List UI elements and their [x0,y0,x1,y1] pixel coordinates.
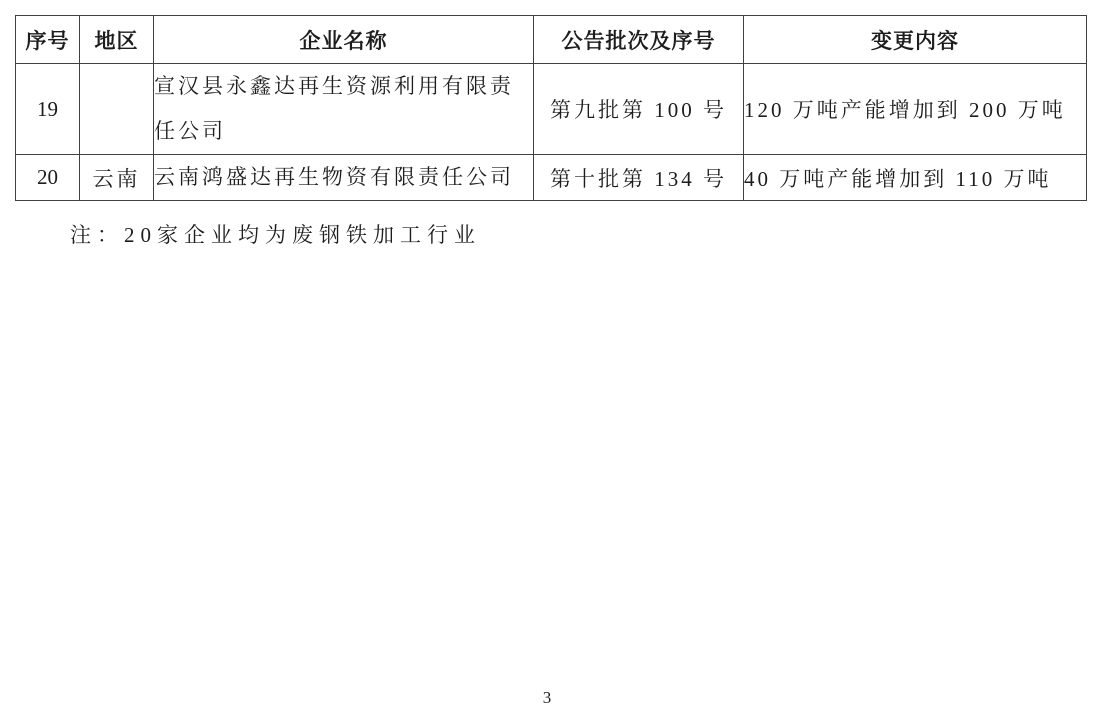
company-cell: 云南鸿盛达再生物资有限责任公司 [154,155,534,201]
change-cell: 40 万吨产能增加到 110 万吨 [744,155,1087,201]
table-row: 19 宣汉县永鑫达再生资源利用有限责任公司 第九批第 100 号 120 万吨产… [16,64,1087,155]
region-cell [80,64,154,155]
batch-cell: 第十批第 134 号 [534,155,744,201]
table-row: 20 云南 云南鸿盛达再生物资有限责任公司 第十批第 134 号 40 万吨产能… [16,155,1087,201]
seq-cell: 19 [16,64,80,155]
column-header-change: 变更内容 [744,16,1087,64]
seq-cell: 20 [16,155,80,201]
company-change-table: 序号 地区 企业名称 公告批次及序号 变更内容 19 宣汉县永鑫达再生资源利用有… [15,15,1087,201]
change-cell: 120 万吨产能增加到 200 万吨 [744,64,1087,155]
column-header-batch: 公告批次及序号 [534,16,744,64]
company-cell: 宣汉县永鑫达再生资源利用有限责任公司 [154,64,534,155]
column-header-company: 企业名称 [154,16,534,64]
table-header-row: 序号 地区 企业名称 公告批次及序号 变更内容 [16,16,1087,64]
table-note: 注：20家企业均为废钢铁加工行业 [70,219,481,249]
region-cell: 云南 [80,155,154,201]
column-header-region: 地区 [80,16,154,64]
page-number: 3 [0,688,1094,708]
column-header-seq: 序号 [16,16,80,64]
batch-cell: 第九批第 100 号 [534,64,744,155]
document-page: 序号 地区 企业名称 公告批次及序号 变更内容 19 宣汉县永鑫达再生资源利用有… [0,0,1094,724]
